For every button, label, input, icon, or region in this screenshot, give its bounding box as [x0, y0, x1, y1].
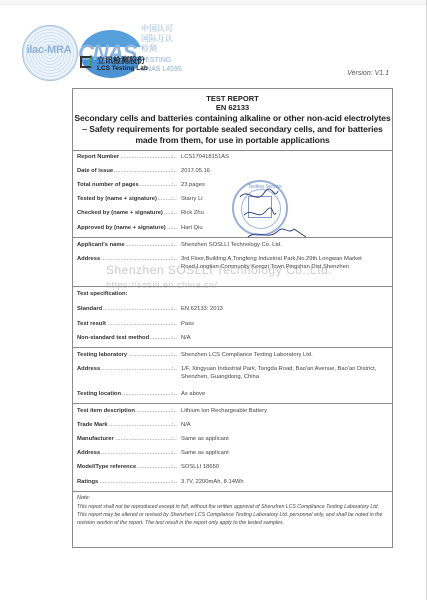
watermark-company: Shenzhen SOSLLI Technology Co.,Ltd. — [106, 263, 332, 277]
lcs-logo-icon — [80, 56, 92, 68]
test-report-box: TEST REPORT EN 62133 Secondary cells and… — [72, 88, 393, 548]
field-total-pages: ........................................… — [73, 180, 392, 190]
field-value: N/A — [181, 421, 389, 429]
field-testing-laboratory: ........................................… — [73, 350, 392, 360]
colon: : — [172, 350, 174, 360]
version-label: Version: V1.1 — [347, 70, 389, 77]
colon: : — [172, 434, 174, 444]
note-text: This report shall not be reproduced exce… — [77, 503, 390, 527]
cnas-cn-line: 国际互认 — [141, 34, 173, 44]
field-label: Testing location — [77, 389, 122, 399]
field-trade-mark: ........................................… — [73, 420, 392, 430]
field-label: Address — [77, 364, 101, 374]
field-value: Same as applicant — [181, 449, 389, 457]
colon: : — [172, 406, 174, 416]
field-value: Same as applicant — [181, 435, 389, 443]
field-label: Ratings — [77, 477, 99, 487]
field-ratings: ........................................… — [73, 477, 392, 487]
colon: : — [172, 364, 174, 374]
field-model-type-reference: ........................................… — [73, 462, 392, 472]
field-label: Non-standard test method — [77, 333, 150, 343]
watermark-url: https://soslli.en.china.cn/ — [106, 280, 218, 290]
field-label: Applicant's name — [77, 240, 126, 250]
field-label: Testing laboratory — [77, 350, 128, 360]
field-label: Total number of pages — [77, 180, 140, 190]
field-manufacturer-address: ........................................… — [73, 448, 392, 458]
colon: : — [172, 462, 174, 472]
colon: : — [172, 333, 174, 343]
field-label: Approved by (name + signature) — [77, 223, 167, 233]
lcs-logo-english: LCS Testing Lab — [97, 65, 148, 72]
field-label: Test item description — [77, 406, 136, 416]
note-section: Note: This report shall not be reproduce… — [73, 492, 392, 548]
colon: : — [172, 180, 174, 190]
colon: : — [172, 194, 174, 204]
field-non-standard-method: ........................................… — [73, 333, 392, 343]
report-info-section: ........................................… — [73, 150, 392, 238]
colon: : — [172, 152, 174, 162]
field-value: Pass — [181, 320, 389, 328]
field-date-of-issue: ........................................… — [73, 166, 392, 176]
colon: : — [172, 208, 174, 218]
cnas-en-line: TESTING — [141, 56, 182, 65]
field-laboratory-address: ........................................… — [73, 364, 392, 374]
cnas-cn-line: 检测 — [141, 44, 173, 54]
field-label: Address — [77, 448, 101, 458]
report-type: TEST REPORT — [73, 94, 392, 103]
field-value: LCS170418151AS — [181, 153, 389, 161]
cnas-chinese-text: 中国认可 国际互认 检测 — [141, 24, 173, 54]
field-label: Test result — [77, 319, 107, 329]
colon: : — [172, 223, 174, 233]
field-label: Checked by (name + signature) — [77, 208, 164, 218]
field-value: 2017.05.16 — [181, 167, 389, 175]
test-item-section: ........................................… — [73, 404, 392, 492]
field-label: Tested by (name + signature) — [77, 194, 158, 204]
field-value: 1/F, Xingyuan Industrial Park, Tongda Ro… — [181, 365, 389, 381]
field-value: N/A — [181, 334, 389, 342]
field-applicant-name: ........................................… — [73, 240, 392, 250]
field-test-result: ........................................… — [73, 319, 392, 329]
colon: : — [172, 166, 174, 176]
report-standard: EN 62133 — [73, 103, 392, 112]
field-standard: ........................................… — [73, 304, 392, 314]
report-header: TEST REPORT EN 62133 Secondary cells and… — [73, 89, 392, 151]
colon: : — [172, 420, 174, 430]
cnas-cn-line: 中国认可 — [141, 24, 173, 34]
field-label: Trade Mark — [77, 420, 109, 430]
page-top-border — [0, 0, 427, 5]
field-value: Shenzhen LCS Compliance Testing Laborato… — [181, 351, 389, 359]
colon: : — [172, 304, 174, 314]
field-value: SOSLLI 18650 — [181, 463, 389, 471]
colon: : — [172, 240, 174, 250]
colon: : — [172, 477, 174, 487]
field-test-item-description: ........................................… — [73, 406, 392, 416]
field-approved-by: ........................................… — [73, 223, 392, 233]
field-value: As above — [181, 390, 389, 398]
ilac-mra-logo-text: ilac-MRA — [21, 44, 77, 56]
field-label: Date of issue — [77, 166, 114, 176]
field-value: 3.7V, 2200mAh, 8.14Wh — [181, 478, 389, 486]
colon: : — [172, 448, 174, 458]
note-label: Note: — [77, 495, 90, 501]
field-label: Report Number — [77, 152, 120, 162]
field-label: Address — [77, 254, 101, 264]
field-manufacturer: ........................................… — [73, 434, 392, 444]
field-label: Model/Type reference — [77, 462, 137, 472]
field-value: EN 62133: 2013 — [181, 305, 389, 313]
colon: : — [172, 389, 174, 399]
field-label: Manufacturer — [77, 434, 115, 444]
field-value: Lithium Ion Rechargeable Battery — [181, 407, 389, 415]
report-title: Secondary cells and batteries containing… — [73, 113, 392, 146]
field-testing-location: ........................................… — [73, 389, 392, 399]
laboratory-section: ........................................… — [73, 348, 392, 404]
field-label: Standard — [77, 304, 103, 314]
field-report-number: ........................................… — [73, 152, 392, 162]
test-specification-heading: Test specification: — [77, 289, 127, 299]
test-specification-section: Test specification: ....................… — [73, 287, 392, 348]
signature-scribbles — [238, 185, 308, 245]
colon: : — [172, 319, 174, 329]
